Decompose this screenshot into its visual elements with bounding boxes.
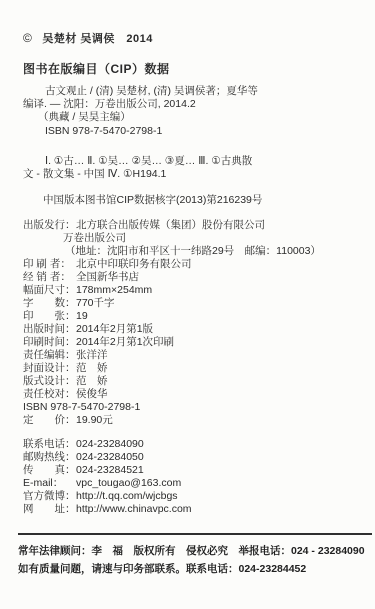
- field-label: 印刷时间：: [23, 336, 76, 349]
- field-label: 联系电话：: [23, 438, 76, 451]
- legal-line: 常年法律顾问：李 福 版权所有 侵权必究 举报电话：024 - 23284090: [18, 542, 357, 560]
- field-value: 张洋洋: [76, 349, 108, 361]
- cip-series-line: （典藏 / 吴昊主编）: [23, 111, 357, 124]
- field-label: 幅面尺寸：: [23, 284, 76, 297]
- field-value: 侯俊华: [76, 388, 108, 400]
- field-label: 出版发行：: [23, 219, 76, 232]
- field-value: 178mm×254mm: [76, 284, 152, 296]
- field-label: 责任编辑：: [23, 349, 76, 362]
- field-label: 责任校对：: [23, 388, 76, 401]
- quality-line: 如有质量问题，请速与印务部联系。联系电话：024-23284452: [18, 560, 357, 578]
- field-value: 19.90元: [76, 414, 113, 426]
- field-value: vpc_tougao@163.com: [76, 477, 181, 489]
- field-label: 版式设计：: [23, 375, 76, 388]
- field-value: 北京中印联印务有限公司: [76, 258, 192, 270]
- publication-row: 责任校对：侯俊华: [23, 388, 357, 401]
- contact-row: 联系电话：024-23284090: [23, 438, 357, 451]
- field-label: 定 价：: [23, 414, 76, 427]
- contact-row: 邮购热线：024-23284050: [23, 451, 357, 464]
- field-label: 网 址：: [23, 503, 76, 516]
- publication-info: 出版发行：北方联合出版传媒（集团）股份有限公司 万卷出版公司 （地址：沈阳市和平…: [23, 219, 357, 427]
- field-value: 2014年2月第1次印刷: [76, 336, 174, 348]
- isbn-line: ISBN 978-7-5470-2798-1: [23, 401, 357, 414]
- field-label: 印 张：: [23, 310, 76, 323]
- field-value: 024-23284050: [76, 451, 144, 463]
- contact-row: 网 址：http://www.chinavpc.com: [23, 503, 357, 516]
- publication-row: 封面设计：范 娇: [23, 362, 357, 375]
- publisher-row-cont: 万卷出版公司: [23, 232, 357, 245]
- publication-row: 印 张：19: [23, 310, 357, 323]
- publication-row: 印刷时间：2014年2月第1次印刷: [23, 336, 357, 349]
- copyright-year: 2014: [126, 33, 152, 45]
- publication-row: 责任编辑：张洋洋: [23, 349, 357, 362]
- field-value: 北方联合出版传媒（集团）股份有限公司: [76, 219, 265, 231]
- cip-block: 古文观止 / (清) 吴楚材, (清) 吴调侯著；夏华等 编译. — 沈阳：万卷…: [23, 85, 357, 138]
- field-label: 字 数：: [23, 297, 76, 310]
- copyright-icon: ©: [23, 31, 32, 45]
- field-label: 出版时间：: [23, 323, 76, 336]
- publication-row: 幅面尺寸：178mm×254mm: [23, 284, 357, 297]
- field-label: 封面设计：: [23, 362, 76, 375]
- publication-row: 版式设计：范 娇: [23, 375, 357, 388]
- cip-isbn-line: ISBN 978-7-5470-2798-1: [23, 125, 357, 138]
- field-value: 范 娇: [76, 362, 108, 374]
- publisher-address: （地址：沈阳市和平区十一纬路29号 邮编：110003）: [23, 245, 357, 258]
- field-value: http://www.chinavpc.com: [76, 503, 192, 515]
- field-label: 传 真：: [23, 464, 76, 477]
- field-label: 印 刷 者：: [23, 258, 76, 271]
- cip-heading: 图书在版编目（CIP）数据: [23, 63, 357, 76]
- publication-row: 字 数：770千字: [23, 297, 357, 310]
- classification-line: 文 - 散文集 - 中国 Ⅳ. ①H194.1: [23, 168, 357, 181]
- cip-publisher-line: 编译. — 沈阳：万卷出版公司, 2014.2: [23, 98, 357, 111]
- legal-footer: 常年法律顾问：李 福 版权所有 侵权必究 举报电话：024 - 23284090…: [18, 542, 357, 578]
- field-label: 经 销 者：: [23, 271, 76, 284]
- copyright-holders: 吴楚材 吴调侯: [42, 33, 115, 45]
- field-value: 全国新华书店: [76, 271, 139, 283]
- field-value: 19: [76, 310, 88, 322]
- field-value: http://t.qq.com/wjcbgs: [76, 490, 178, 502]
- field-value: 范 娇: [76, 375, 108, 387]
- field-value: 024-23284090: [76, 438, 144, 450]
- footer-divider: [18, 533, 372, 535]
- cip-title-line: 古文观止 / (清) 吴楚材, (清) 吴调侯著；夏华等: [23, 85, 357, 98]
- cip-registry-number: 中国版本图书馆CIP数据核字(2013)第216239号: [23, 194, 357, 207]
- field-label: E-mail：: [23, 477, 76, 490]
- contact-info: 联系电话：024-23284090 邮购热线：024-23284050 传 真：…: [23, 438, 357, 516]
- copyright-page: ©吴楚材 吴调侯 2014 图书在版编目（CIP）数据 古文观止 / (清) 吴…: [0, 0, 375, 578]
- field-value: 770千字: [76, 297, 115, 309]
- field-value: 2014年2月第1版: [76, 323, 153, 335]
- contact-row: 传 真：024-23284521: [23, 464, 357, 477]
- price-row: 定 价：19.90元: [23, 414, 357, 427]
- field-label: 邮购热线：: [23, 451, 76, 464]
- field-label: 官方微博：: [23, 490, 76, 503]
- publication-row: 经 销 者：全国新华书店: [23, 271, 357, 284]
- publication-row: 出版时间：2014年2月第1版: [23, 323, 357, 336]
- contact-row: E-mail：vpc_tougao@163.com: [23, 477, 357, 490]
- classification-line: Ⅰ. ①古… Ⅱ. ①吴… ②吴… ③夏… Ⅲ. ①古典散: [23, 155, 357, 168]
- field-value: 024-23284521: [76, 464, 144, 476]
- copyright-line: ©吴楚材 吴调侯 2014: [23, 32, 357, 46]
- contact-row: 官方微博：http://t.qq.com/wjcbgs: [23, 490, 357, 503]
- publisher-row: 出版发行：北方联合出版传媒（集团）股份有限公司: [23, 219, 357, 232]
- cip-classification: Ⅰ. ①古… Ⅱ. ①吴… ②吴… ③夏… Ⅲ. ①古典散 文 - 散文集 - …: [23, 155, 357, 181]
- publication-row: 印 刷 者：北京中印联印务有限公司: [23, 258, 357, 271]
